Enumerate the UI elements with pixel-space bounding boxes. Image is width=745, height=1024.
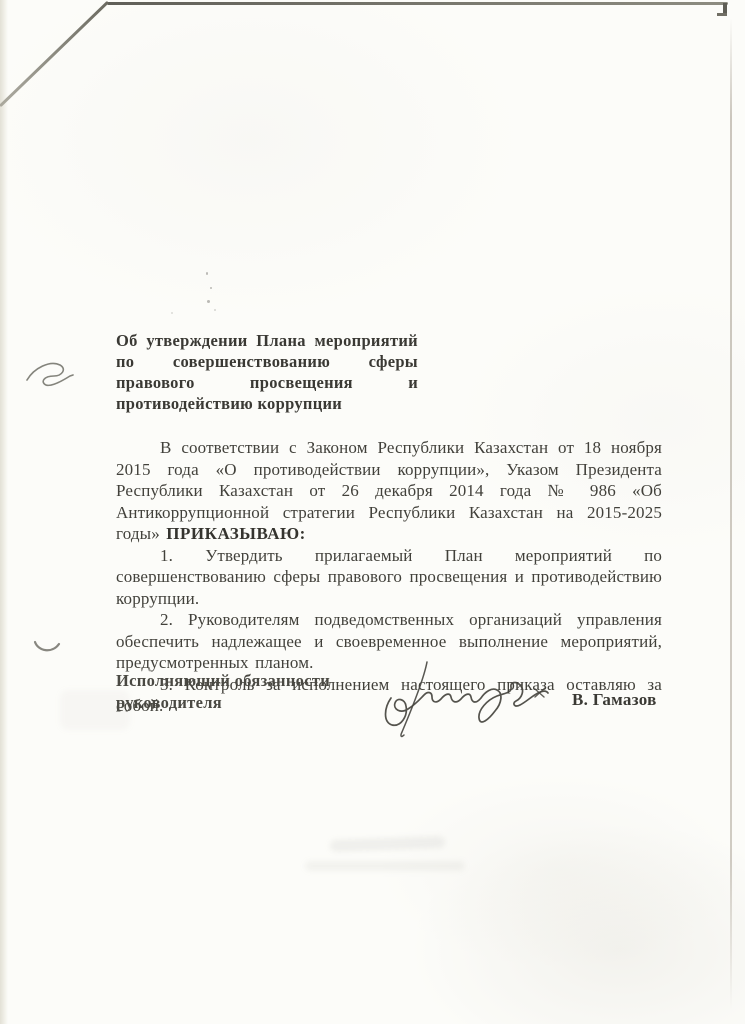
- scan-speckle: [171, 312, 173, 314]
- handwritten-signature: [383, 652, 553, 747]
- title-line: правового просвещения и: [116, 372, 418, 393]
- signer-title-line: руководителя: [116, 692, 386, 714]
- paper-right-edge-line: [730, 18, 732, 1010]
- scanned-document-page: Об утверждении Плана мероприятий по сове…: [0, 0, 745, 1024]
- scan-speckle: [210, 287, 212, 289]
- order-item-1: 1. Утвердить прилагаемый План мероприяти…: [116, 545, 662, 610]
- bleed-through-ghost: [305, 861, 465, 871]
- bleed-through-ghost: [330, 836, 445, 852]
- pen-squiggle-mark: [24, 356, 76, 390]
- folded-corner-edge: [0, 1, 109, 107]
- title-line: Об утверждении Плана мероприятий: [116, 330, 418, 351]
- title-line: противодействию коррупции: [116, 393, 418, 414]
- signer-name: В. Гамазов: [572, 690, 657, 710]
- title-line: по совершенствованию сферы: [116, 351, 418, 372]
- order-keyword: ПРИКАЗЫВАЮ:: [166, 524, 306, 543]
- intro-paragraph: В соответствии с Законом Республики Каза…: [116, 437, 662, 545]
- scan-speckle: [207, 300, 210, 303]
- paper-corner-mark: [717, 13, 727, 16]
- paper-top-edge-line: [107, 2, 728, 5]
- document-title: Об утверждении Плана мероприятий по сове…: [116, 330, 418, 414]
- signer-title-line: Исполняющий обязанности: [116, 670, 386, 692]
- scan-speckle: [206, 272, 208, 275]
- pen-crescent-mark: [32, 638, 62, 656]
- scan-left-edge-shadow: [0, 0, 8, 1024]
- signer-title: Исполняющий обязанности руководителя: [116, 670, 386, 713]
- scan-speckle: [214, 309, 216, 311]
